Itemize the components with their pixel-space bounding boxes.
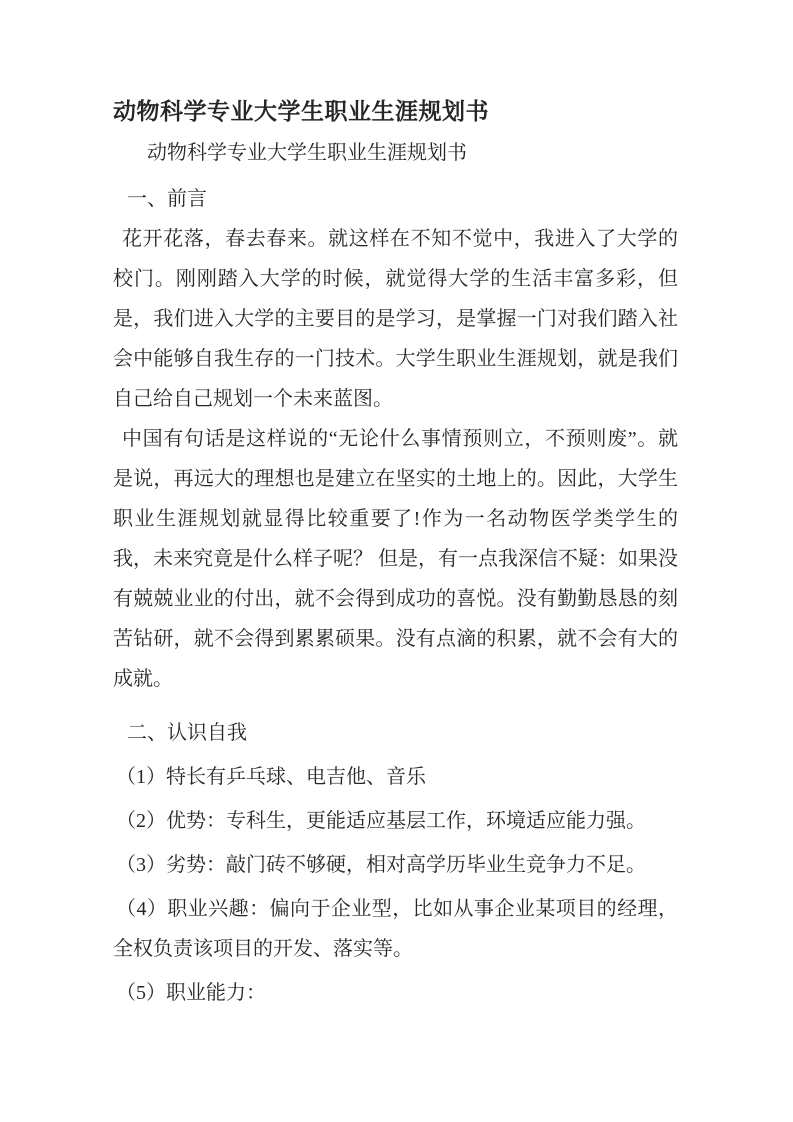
list-item-disadvantages: （3）劣势：敲门砖不够硬，相对高学历毕业生竞争力不足。: [113, 845, 678, 885]
document-title: 动物科学专业大学生职业生涯规划书: [113, 97, 678, 127]
list-item-career-ability: （5）职业能力：: [113, 973, 678, 1013]
list-item-strengths: （1）特长有乒乓球、电吉他、音乐: [113, 757, 678, 797]
document-page: 动物科学专业大学生职业生涯规划书 动物科学专业大学生职业生涯规划书 一、前言 花…: [0, 0, 793, 1122]
list-item-career-interest: （4）职业兴趣：偏向于企业型，比如从事企业某项目的经理，全权负责该项目的开发、落…: [113, 889, 678, 969]
section-heading-preface: 一、前言: [113, 179, 678, 219]
list-item-advantages: （2）优势：专科生，更能适应基层工作，环境适应能力强。: [113, 801, 678, 841]
paragraph-intro-1: 花开花落，春去春来。就这样在不知不觉中，我进入了大学的校门。刚刚踏入大学的时候，…: [113, 219, 678, 419]
section-heading-self-assessment: 二、认识自我: [113, 713, 678, 753]
paragraph-intro-2: 中国有句话是这样说的“无论什么事情预则立，不预则废”。就是说，再远大的理想也是建…: [113, 419, 678, 699]
document-subtitle: 动物科学专业大学生职业生涯规划书: [113, 133, 678, 173]
